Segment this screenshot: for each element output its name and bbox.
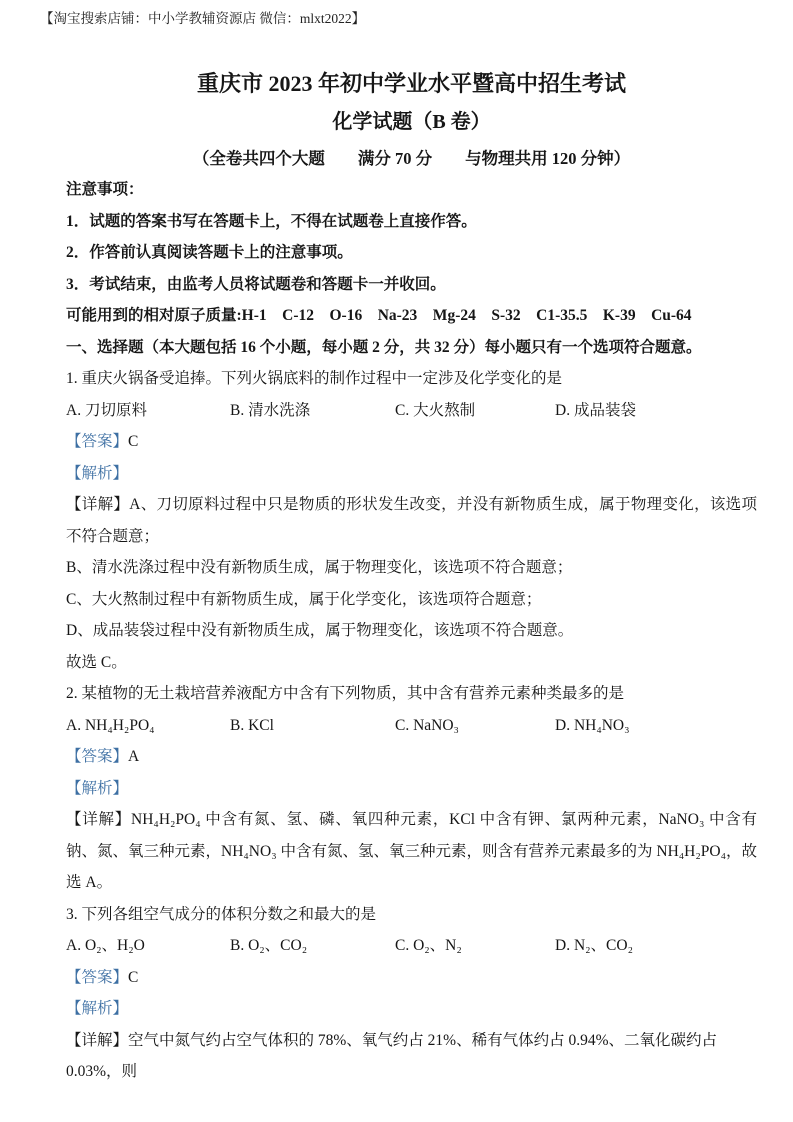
question-3-detail: 【详解】空气中氮气约占空气体积的 78%、氧气约占 21%、稀有气体约占 0.9… — [66, 1025, 757, 1088]
question-1-stem: 1. 重庆火锅备受追捧。下列火锅底料的制作过程中一定涉及化学变化的是 — [66, 363, 757, 395]
question-3-stem: 3. 下列各组空气成分的体积分数之和最大的是 — [66, 899, 757, 931]
question-1-option-d: D. 成品装袋 — [555, 395, 757, 427]
question-1-option-b: B. 清水洗涤 — [230, 395, 395, 427]
question-3-option-d: D. N₂、CO₂ — [555, 930, 757, 962]
notice-heading: 注意事项： — [66, 174, 757, 206]
question-1-conclusion: 故选 C。 — [66, 647, 757, 679]
exam-document-page: 【淘宝搜索店铺：中小学教辅资源店 微信：mlxt2022】 重庆市 2023 年… — [0, 0, 793, 1122]
question-2-option-a: A. NH₄H₂PO₄ — [66, 710, 230, 742]
question-3-answer-line: 【答案】C — [66, 962, 757, 994]
question-2-option-d: D. NH₄NO₃ — [555, 710, 757, 742]
document-body: 注意事项： 1．试题的答案书写在答题卡上，不得在试题卷上直接作答。 2．作答前认… — [66, 174, 757, 1088]
analysis-label: 【解析】 — [66, 780, 128, 797]
question-2-options: A. NH₄H₂PO₄ B. KCl C. NaNO₃ D. NH₄NO₃ — [66, 710, 757, 742]
question-1-analysis-line: 【解析】 — [66, 458, 757, 490]
question-3-answer-value: C — [128, 969, 138, 986]
question-2-answer-line: 【答案】A — [66, 741, 757, 773]
question-3-option-b: B. O₂、CO₂ — [230, 930, 395, 962]
question-1-detail-a: 【详解】A、刀切原料过程中只是物质的形状发生改变，并没有新物质生成，属于物理变化… — [66, 489, 757, 552]
question-1-options: A. 刀切原料 B. 清水洗涤 C. 大火熬制 D. 成品装袋 — [66, 395, 757, 427]
question-1-option-c: C. 大火熬制 — [395, 395, 555, 427]
question-2-detail: 【详解】NH₄H₂PO₄ 中含有氮、氢、磷、氧四种元素，KCl 中含有钾、氯两种… — [66, 804, 757, 899]
exam-info-line: （全卷共四个大题 满分 70 分 与物理共用 120 分钟） — [66, 146, 757, 172]
question-2-option-c: C. NaNO₃ — [395, 710, 555, 742]
question-1-detail-d: D、成品装袋过程中没有新物质生成，属于物理变化，该选项不符合题意。 — [66, 615, 757, 647]
question-1-detail-b: B、清水洗涤过程中没有新物质生成，属于物理变化，该选项不符合题意； — [66, 552, 757, 584]
question-1-answer-value: C — [128, 433, 138, 450]
question-3-analysis-line: 【解析】 — [66, 993, 757, 1025]
answer-label: 【答案】 — [66, 748, 128, 765]
exam-title: 重庆市 2023 年初中学业水平暨高中招生考试 — [66, 68, 757, 100]
exam-subtitle: 化学试题（B 卷） — [66, 107, 757, 137]
question-3-option-a: A. O₂、H₂O — [66, 930, 230, 962]
document-content: 重庆市 2023 年初中学业水平暨高中招生考试 化学试题（B 卷） （全卷共四个… — [66, 0, 757, 1088]
question-3-option-c: C. O₂、N₂ — [395, 930, 555, 962]
question-2-analysis-line: 【解析】 — [66, 773, 757, 805]
question-3-options: A. O₂、H₂O B. O₂、CO₂ C. O₂、N₂ D. N₂、CO₂ — [66, 930, 757, 962]
atomic-mass-line: 可能用到的相对原子质量:H-1 C-12 O-16 Na-23 Mg-24 S-… — [66, 300, 757, 332]
analysis-label: 【解析】 — [66, 1000, 128, 1017]
question-1-answer-line: 【答案】C — [66, 426, 757, 458]
question-1-detail-c: C、大火熬制过程中有新物质生成，属于化学变化，该选项符合题意； — [66, 584, 757, 616]
answer-label: 【答案】 — [66, 969, 128, 986]
question-2-answer-value: A — [128, 748, 139, 765]
notice-item-1: 1．试题的答案书写在答题卡上，不得在试题卷上直接作答。 — [66, 206, 757, 238]
answer-label: 【答案】 — [66, 433, 128, 450]
notice-item-2: 2．作答前认真阅读答题卡上的注意事项。 — [66, 237, 757, 269]
question-2-option-b: B. KCl — [230, 710, 395, 742]
notice-item-3: 3．考试结束，由监考人员将试题卷和答题卡一并收回。 — [66, 269, 757, 301]
analysis-label: 【解析】 — [66, 465, 128, 482]
question-2-stem: 2. 某植物的无土栽培营养液配方中含有下列物质，其中含有营养元素种类最多的是 — [66, 678, 757, 710]
section-heading: 一、选择题（本大题包括 16 个小题，每小题 2 分，共 32 分）每小题只有一… — [66, 332, 757, 364]
question-1-option-a: A. 刀切原料 — [66, 395, 230, 427]
